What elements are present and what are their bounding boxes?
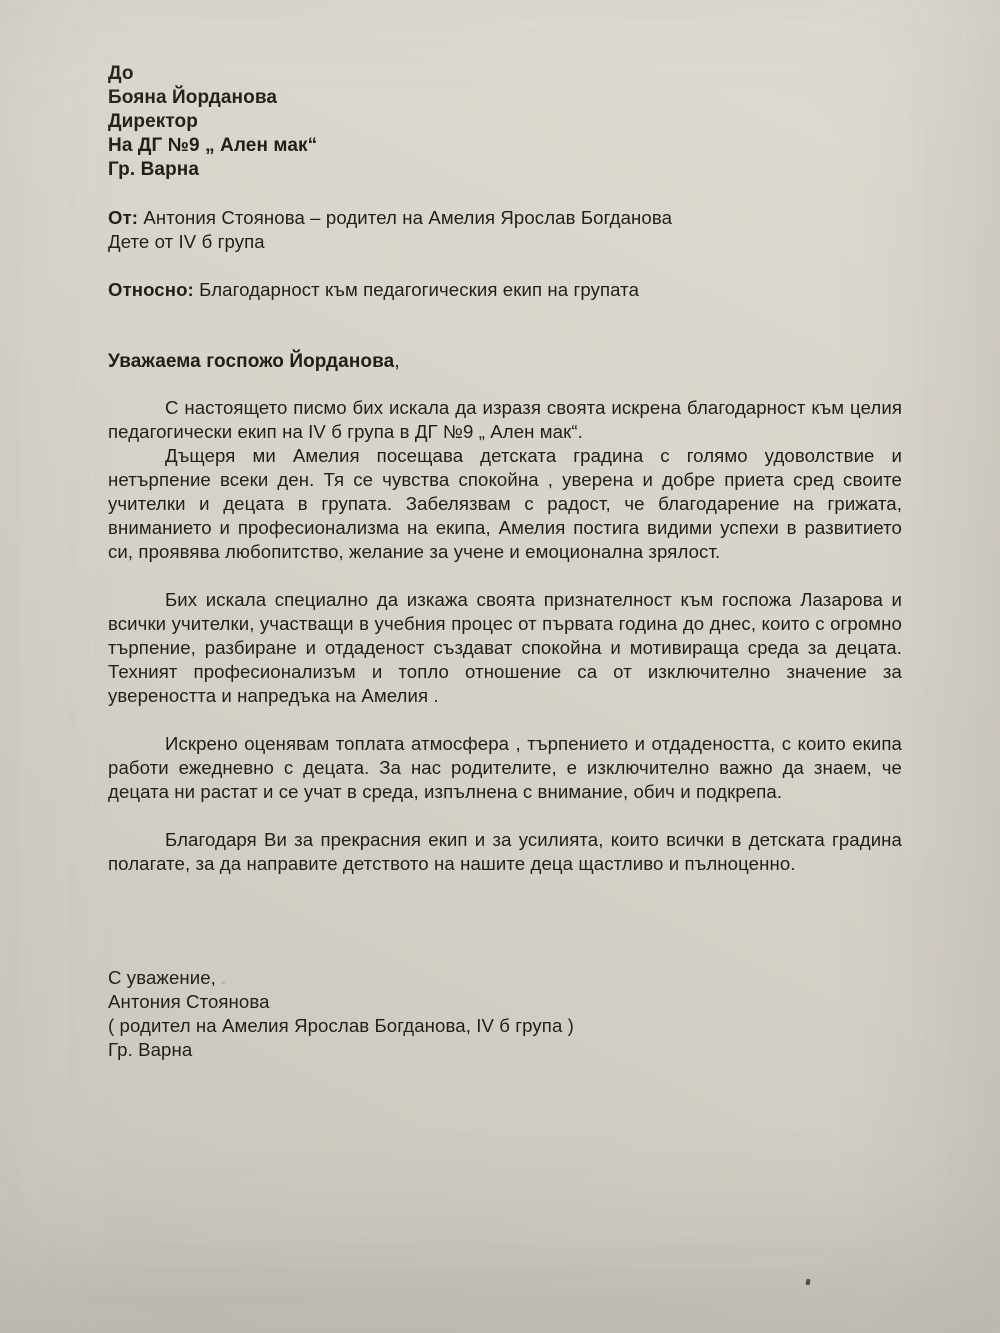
letter-content: До Бояна Йорданова Директор На ДГ №9 „ А…	[108, 62, 902, 1062]
paragraph-thanks: Благодаря Ви за прекрасния екип и за уси…	[108, 828, 902, 876]
closing-city: Гр. Варна	[108, 1038, 902, 1062]
salutation-comma: ,	[394, 351, 399, 372]
sender-child-line: Дете от IV б група	[108, 230, 902, 254]
sender-label: От:	[108, 207, 138, 228]
paragraph-intro: С настоящето писмо бих искала да изразя …	[108, 396, 902, 444]
paragraph-gratitude-teachers: Бих искала специално да изкажа своята пр…	[108, 588, 902, 708]
paragraph-atmosphere: Искрено оценявам топлата атмосфера , тър…	[108, 732, 902, 804]
recipient-line-city: Гр. Варна	[108, 158, 902, 182]
sender-value: Антония Стоянова – родител на Амелия Яро…	[143, 207, 672, 228]
salutation: Уважаема госпожо Йорданова,	[108, 350, 902, 374]
closing-signature-name: Антония Стоянова	[108, 990, 902, 1014]
sender-block: От: Антония Стоянова – родител на Амелия…	[108, 206, 902, 254]
closing-regards: С уважение,	[108, 966, 902, 990]
salutation-name: Уважаема госпожо Йорданова	[108, 351, 394, 372]
letter-body: С настоящето писмо бих искала да изразя …	[108, 396, 902, 876]
subject-line: Относно: Благодарност към педагогическия…	[108, 278, 902, 302]
closing-block: С уважение, Антония Стоянова ( родител н…	[108, 966, 902, 1062]
recipient-block: До Бояна Йорданова Директор На ДГ №9 „ А…	[108, 62, 902, 182]
subject-value: Благодарност към педагогическия екип на …	[199, 279, 639, 300]
sender-line: От: Антония Стоянова – родител на Амелия…	[108, 206, 902, 230]
recipient-line-to: До	[108, 62, 902, 86]
paper-sheet: До Бояна Йорданова Директор На ДГ №9 „ А…	[0, 0, 1000, 1333]
recipient-line-title: Директор	[108, 110, 902, 134]
recipient-line-name: Бояна Йорданова	[108, 86, 902, 110]
dust-speck	[805, 1279, 810, 1286]
recipient-line-institution: На ДГ №9 „ Ален мак“	[108, 134, 902, 158]
subject-label: Относно:	[108, 279, 194, 300]
closing-parent-note: ( родител на Амелия Ярослав Богданова, I…	[108, 1014, 902, 1038]
paragraph-daughter: Дъщеря ми Амелия посещава детската гради…	[108, 444, 902, 564]
